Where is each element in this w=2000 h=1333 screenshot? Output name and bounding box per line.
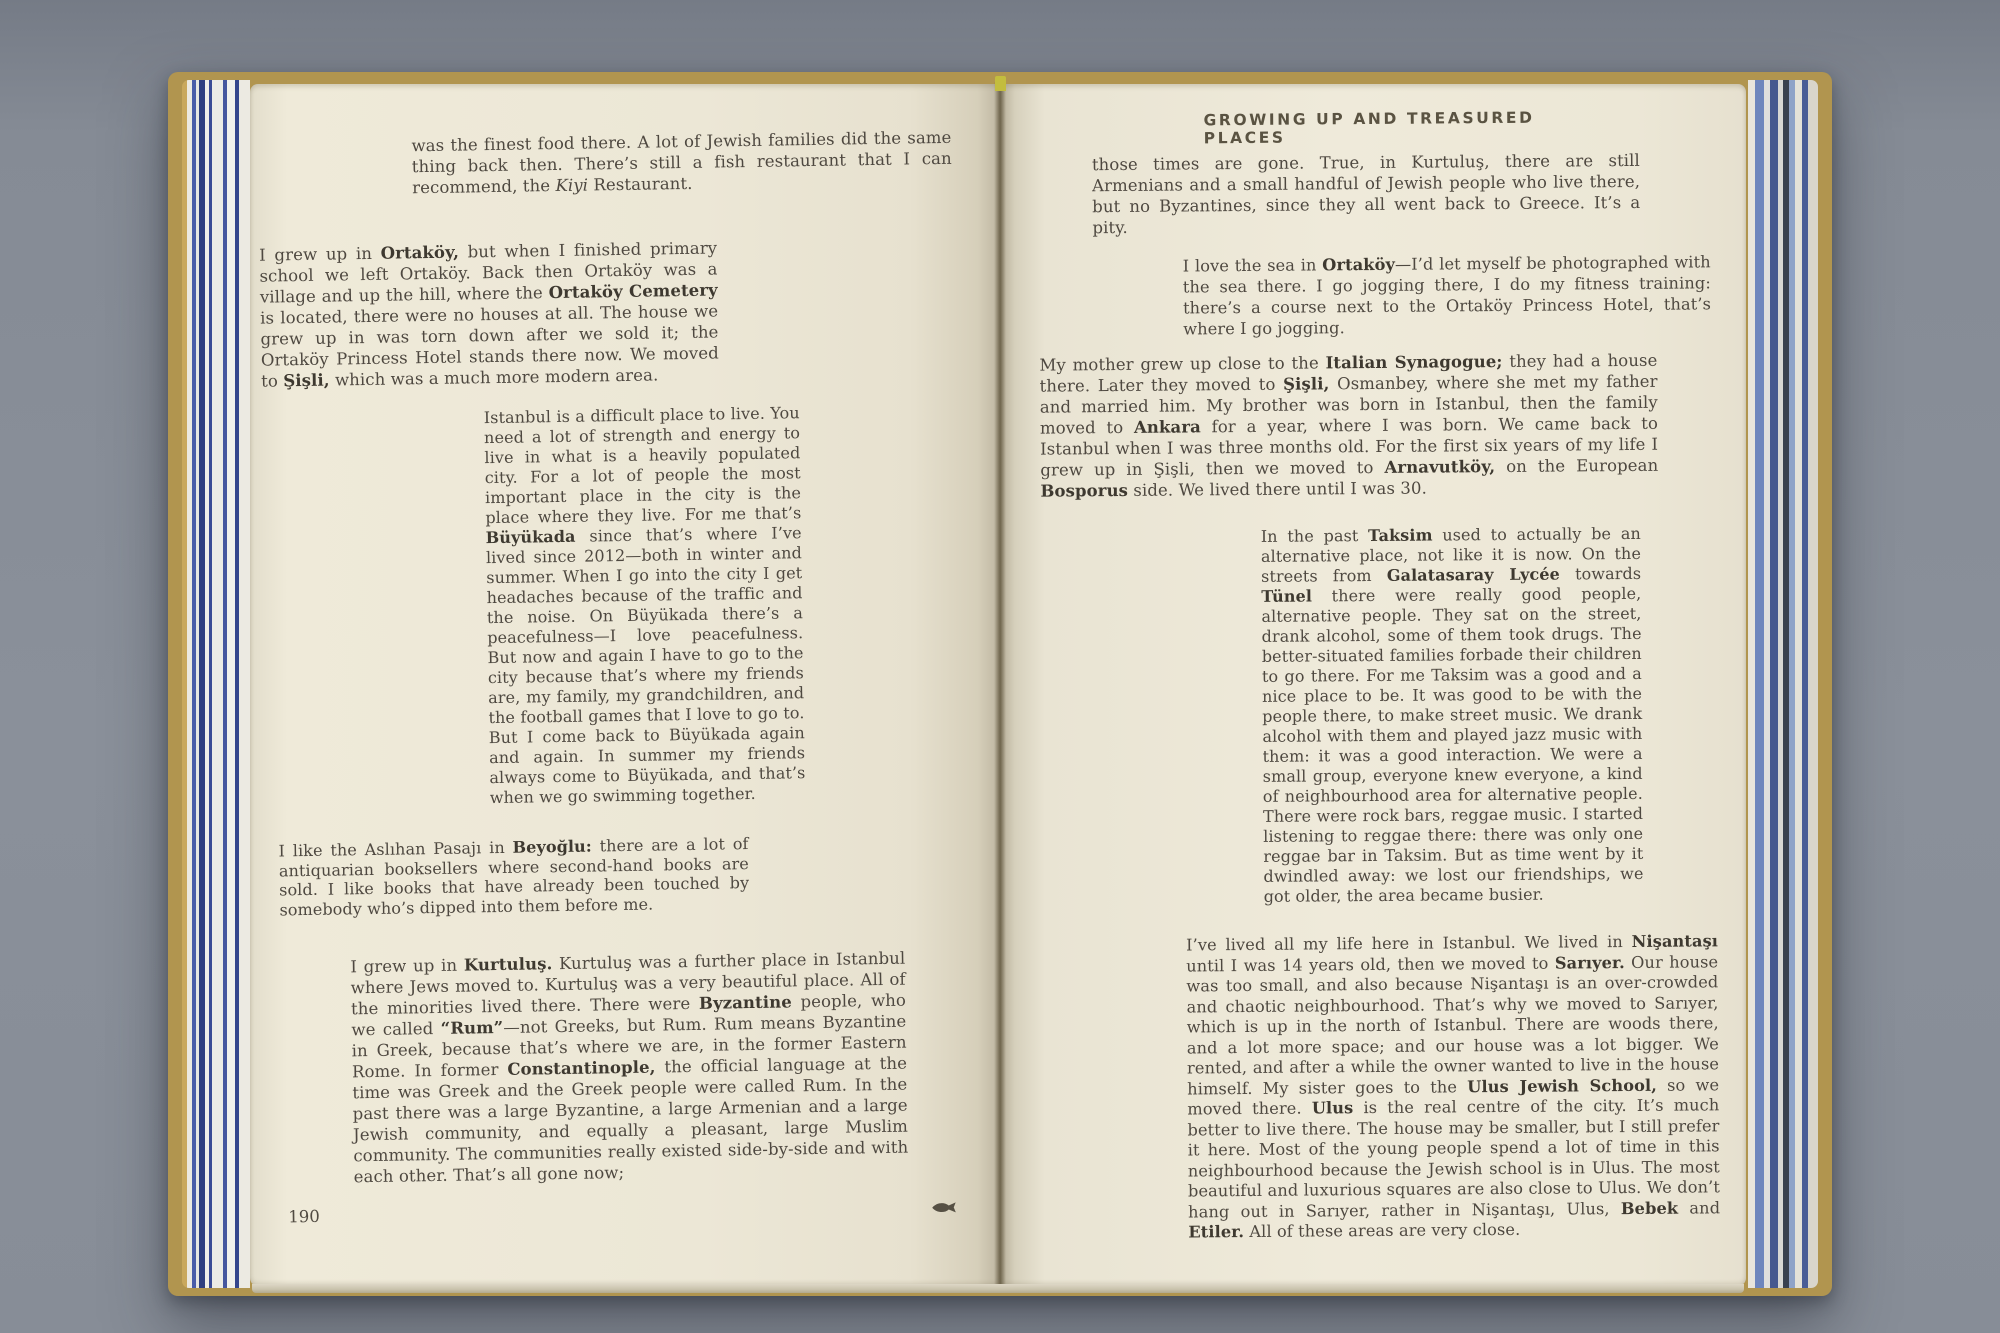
left-page-content: was the finest food there. A lot of Jewi…	[241, 78, 1010, 1292]
open-book: was the finest food there. A lot of Jewi…	[168, 72, 1832, 1296]
paragraph-taksim: In the past Taksim used to actually be a…	[1261, 524, 1644, 907]
bottom-page-edges	[252, 1284, 1744, 1293]
fore-edge-stripes-right	[1748, 80, 1818, 1288]
bookmark-ribbon	[995, 76, 1006, 91]
paragraph-sea-ortakoy: I love the sea in Ortaköy—I’d let myself…	[1183, 251, 1712, 339]
right-page: GROWING UP AND TREASURED PLACES those ti…	[1000, 84, 1746, 1286]
paragraph-those-times: those times are gone. True, in Kurtuluş,…	[1092, 150, 1641, 238]
paragraph-mother: My mother grew up close to the Italian S…	[1039, 350, 1658, 502]
fish-ornament	[930, 1199, 958, 1218]
paragraph-beyoglu: I like the Aslıhan Pasajı in Beyoğlu: th…	[278, 834, 749, 919]
paragraph-buyukada: Istanbul is a difficult place to live. Y…	[484, 403, 806, 808]
right-page-content: GROWING UP AND TREASURED PLACES those ti…	[995, 81, 1750, 1289]
left-page: was the finest food there. A lot of Jewi…	[250, 84, 1000, 1286]
page-edge-stripes-left	[182, 80, 250, 1288]
chapter-header: GROWING UP AND TREASURED PLACES	[1203, 108, 1623, 147]
paragraph-nisantasi-sariyer: I’ve lived all my life here in Istanbul.…	[1186, 931, 1720, 1243]
paragraph-kurtulus: I grew up in Kurtuluş. Kurtuluş was a fu…	[350, 948, 909, 1188]
paragraph-kiyi-restaurant: was the finest food there. A lot of Jewi…	[411, 127, 952, 198]
book-gutter	[994, 82, 1006, 1286]
paragraph-ortakoy: I grew up in Ortaköy, but when I finishe…	[259, 238, 719, 392]
page-number: 190	[288, 1207, 320, 1226]
